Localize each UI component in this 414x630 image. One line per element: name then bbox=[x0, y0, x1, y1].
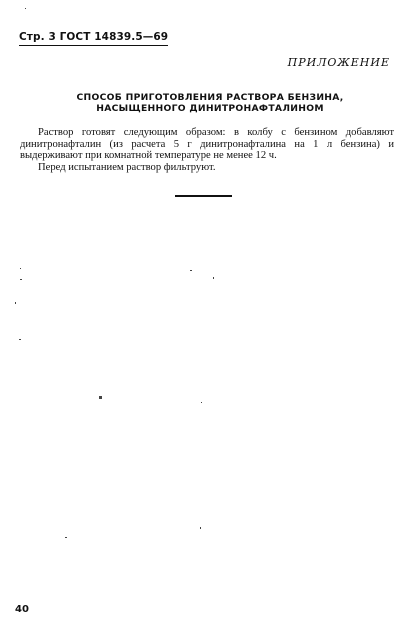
scan-speck bbox=[190, 270, 192, 271]
page-number: 40 bbox=[15, 604, 29, 615]
paragraph-1: Раствор готовят следующим образом: в кол… bbox=[20, 127, 394, 162]
title-line-2: НАСЫЩЕННОГО ДИНИТРОНАФТАЛИНОМ bbox=[60, 103, 360, 114]
running-head: Стр. 3 ГОСТ 14839.5—69 bbox=[19, 31, 168, 46]
scan-speck bbox=[25, 8, 26, 9]
title-line-1: СПОСОБ ПРИГОТОВЛЕНИЯ РАСТВОРА БЕНЗИНА, bbox=[60, 92, 360, 103]
appendix-label: ПРИЛОЖЕНИЕ bbox=[288, 56, 390, 69]
scan-speck bbox=[20, 268, 21, 269]
body-text: Раствор готовят следующим образом: в кол… bbox=[20, 127, 394, 173]
scan-speck bbox=[65, 537, 67, 538]
section-title: СПОСОБ ПРИГОТОВЛЕНИЯ РАСТВОРА БЕНЗИНА, Н… bbox=[60, 92, 360, 114]
scan-speck bbox=[200, 527, 201, 529]
scan-speck bbox=[15, 302, 16, 304]
end-rule-divider bbox=[175, 195, 232, 197]
scan-speck bbox=[19, 339, 21, 340]
scan-speck bbox=[20, 279, 22, 280]
document-page: Стр. 3 ГОСТ 14839.5—69 ПРИЛОЖЕНИЕ СПОСОБ… bbox=[0, 0, 414, 630]
scan-speck bbox=[213, 277, 214, 279]
paragraph-2: Перед испытанием раствор фильтруют. bbox=[20, 162, 394, 174]
scan-speck bbox=[99, 396, 102, 399]
scan-speck bbox=[201, 402, 202, 403]
